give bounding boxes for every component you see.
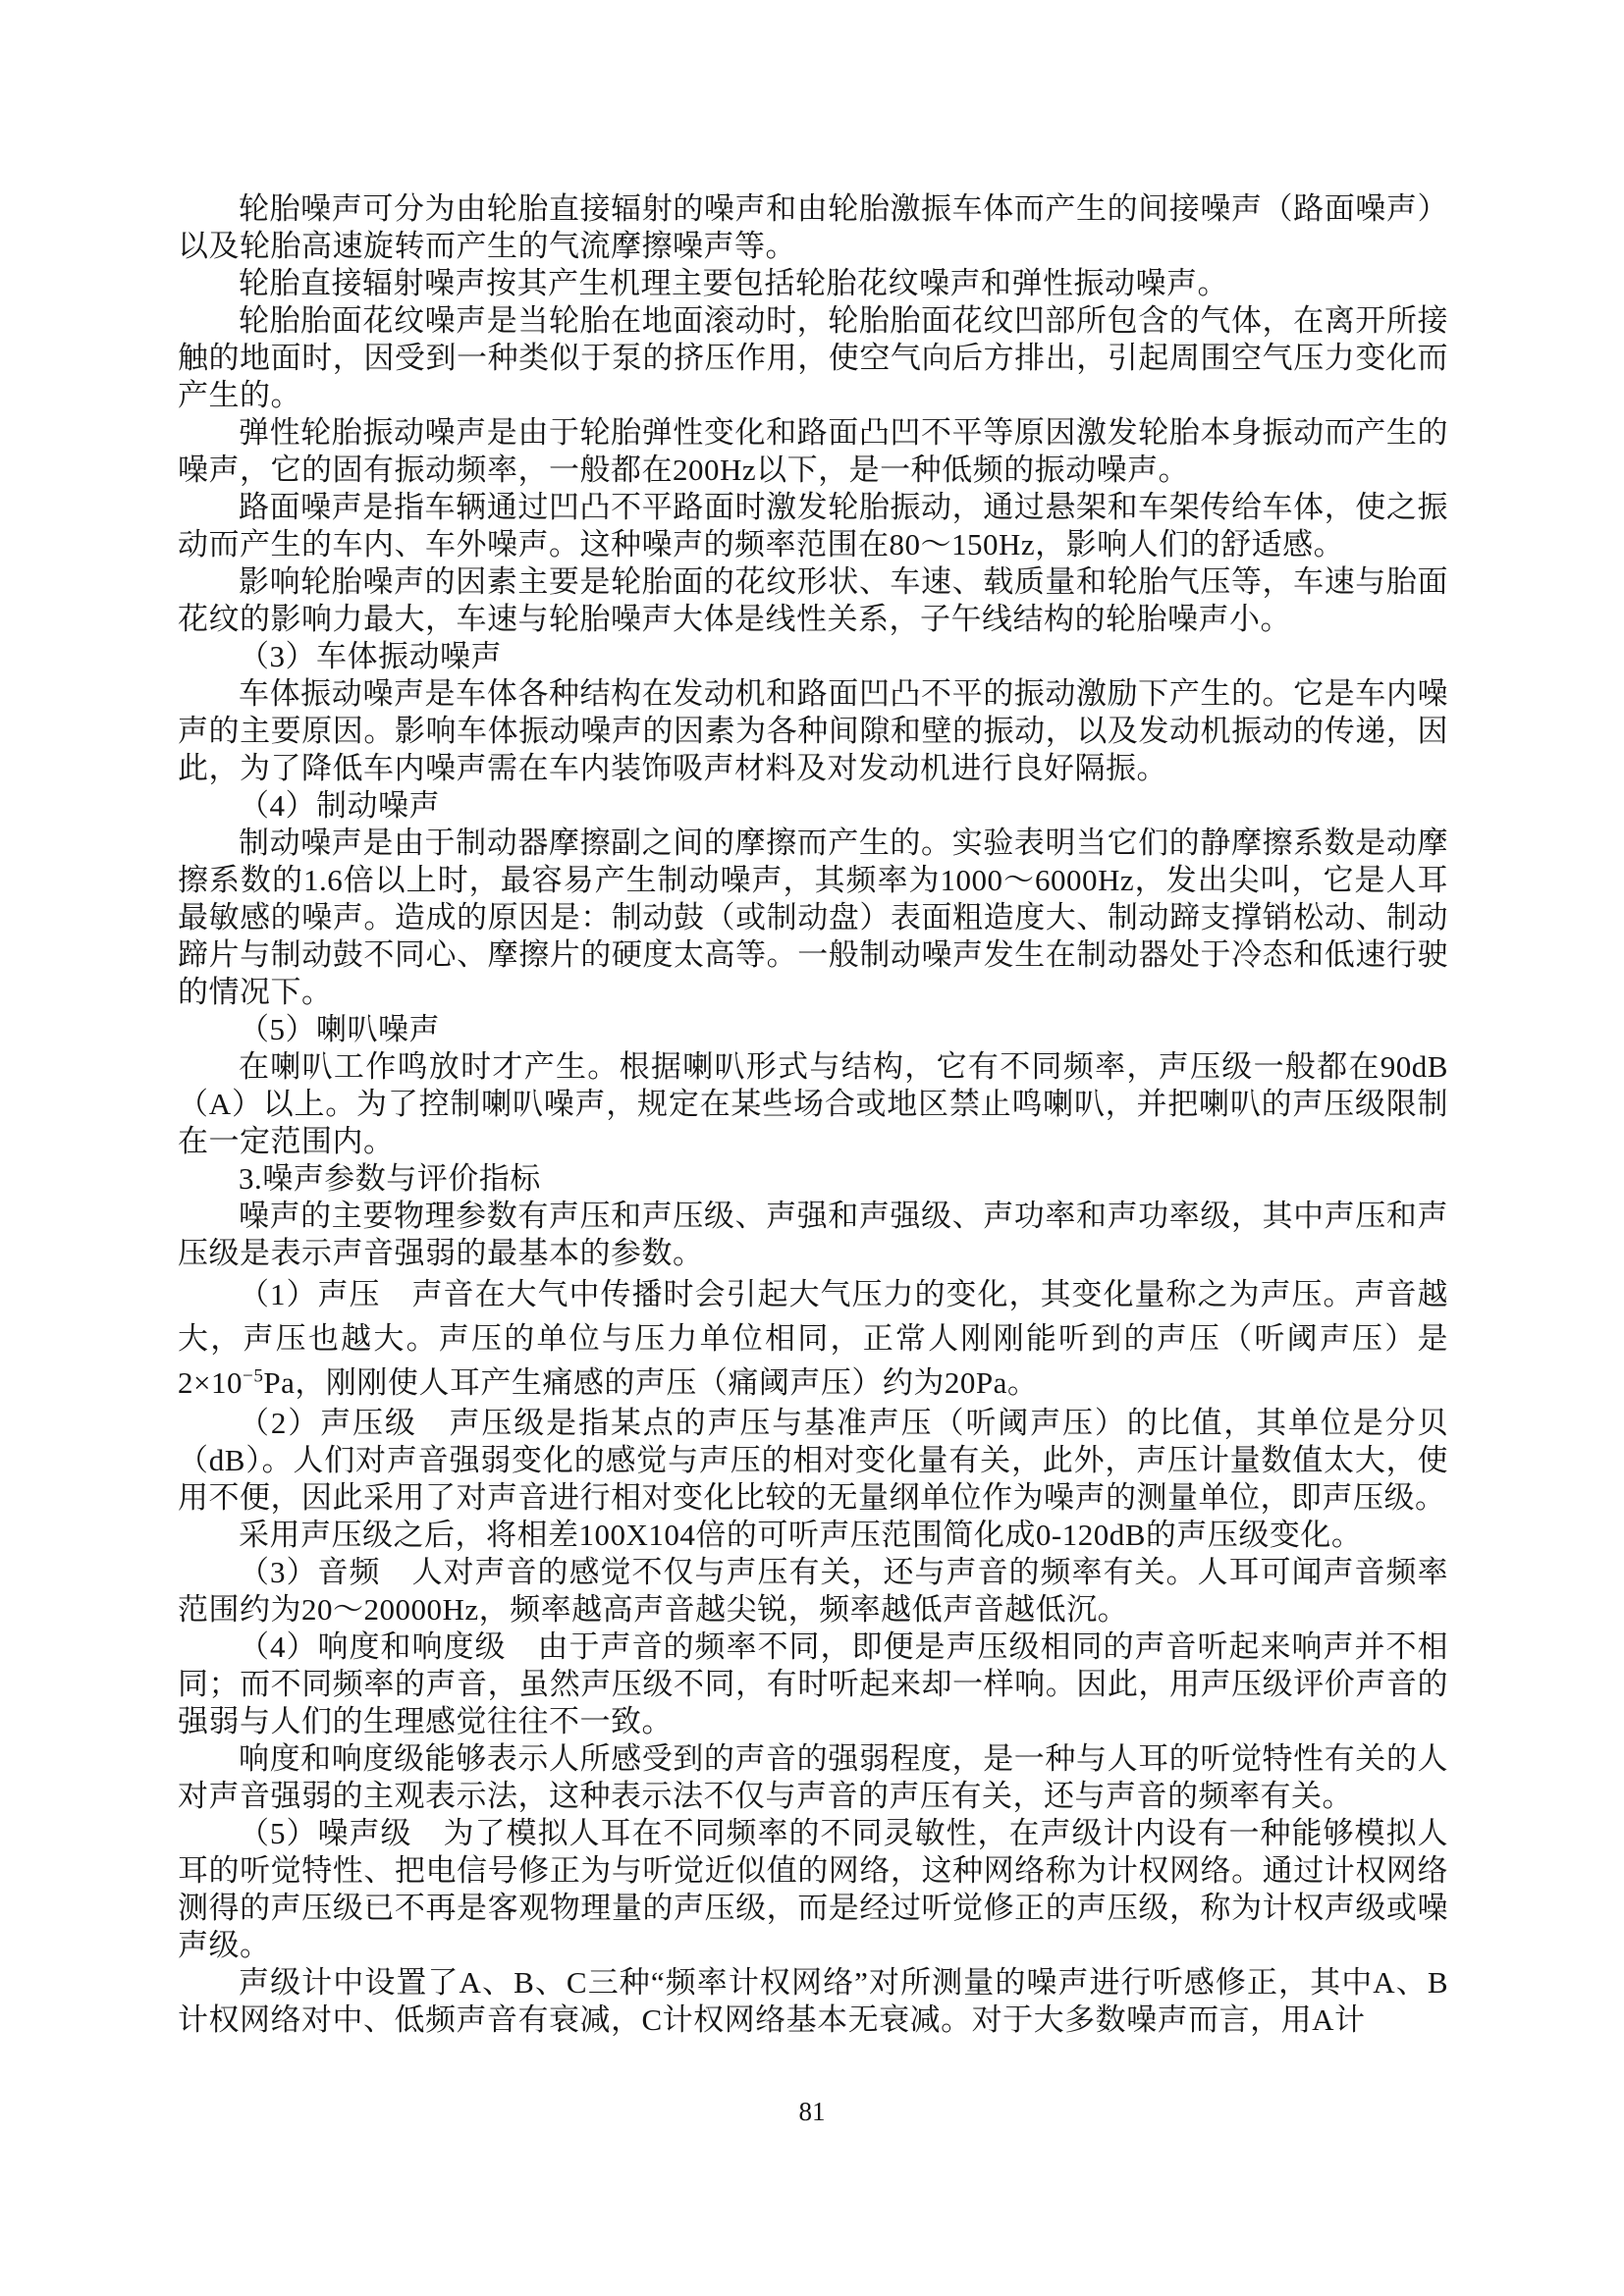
document-page: 轮胎噪声可分为由轮胎直接辐射的噪声和由轮胎激振车体而产生的间接噪声（路面噪声）以… bbox=[0, 0, 1624, 2296]
paragraph: 轮胎噪声可分为由轮胎直接辐射的噪声和由轮胎激振车体而产生的间接噪声（路面噪声）以… bbox=[178, 190, 1448, 265]
page-number: 81 bbox=[0, 2097, 1624, 2127]
superscript: −5 bbox=[243, 1366, 263, 1387]
paragraph: （5）喇叭噪声 bbox=[178, 1011, 1448, 1048]
text-run: Pa，刚刚使人耳产生痛感的声压（痛阈声压）约为20Pa。 bbox=[263, 1365, 1038, 1400]
paragraph: 车体振动噪声是车体各种结构在发动机和路面凹凸不平的振动激励下产生的。它是车内噪声… bbox=[178, 675, 1448, 787]
paragraph: 噪声的主要物理参数有声压和声压级、声强和声强级、声功率和声功率级，其中声压和声压… bbox=[178, 1198, 1448, 1272]
paragraph: （2）声压级 声压级是指某点的声压与基准声压（听阈声压）的比值，其单位是分贝（d… bbox=[178, 1405, 1448, 1517]
paragraph: 路面噪声是指车辆通过凹凸不平路面时激发轮胎振动，通过悬架和车架传给车体，使之振动… bbox=[178, 489, 1448, 563]
document-body: 轮胎噪声可分为由轮胎直接辐射的噪声和由轮胎激振车体而产生的间接噪声（路面噪声）以… bbox=[178, 190, 1448, 2039]
paragraph: 弹性轮胎振动噪声是由于轮胎弹性变化和路面凸凹不平等原因激发轮胎本身振动而产生的噪… bbox=[178, 414, 1448, 489]
paragraph: 轮胎直接辐射噪声按其产生机理主要包括轮胎花纹噪声和弹性振动噪声。 bbox=[178, 265, 1448, 302]
paragraph: 采用声压级之后，将相差100X104倍的可听声压范围简化成0-120dB的声压级… bbox=[178, 1517, 1448, 1554]
paragraph: 3.噪声参数与评价指标 bbox=[178, 1160, 1448, 1198]
paragraph: 制动噪声是由于制动器摩擦副之间的摩擦而产生的。实验表明当它们的静摩擦系数是动摩擦… bbox=[178, 825, 1448, 1011]
paragraph: （4）响度和响度级 由于声音的频率不同，即便是声压级相同的声音听起来响声并不相同… bbox=[178, 1629, 1448, 1740]
paragraph: （3）车体振动噪声 bbox=[178, 638, 1448, 675]
paragraph: （4）制动噪声 bbox=[178, 787, 1448, 825]
paragraph: 轮胎胎面花纹噪声是当轮胎在地面滚动时，轮胎胎面花纹凹部所包含的气体，在离开所接触… bbox=[178, 302, 1448, 414]
paragraph: （5）噪声级 为了模拟人耳在不同频率的不同灵敏性，在声级计内设有一种能够模拟人耳… bbox=[178, 1815, 1448, 1964]
paragraph: （1）声压 声音在大气中传播时会引起大气压力的变化，其变化量称之为声压。声音越大… bbox=[178, 1272, 1448, 1405]
paragraph: 响度和响度级能够表示人所感受到的声音的强弱程度，是一种与人耳的听觉特性有关的人对… bbox=[178, 1740, 1448, 1815]
paragraph: 影响轮胎噪声的因素主要是轮胎面的花纹形状、车速、载质量和轮胎气压等，车速与胎面花… bbox=[178, 563, 1448, 638]
paragraph: 在喇叭工作鸣放时才产生。根据喇叭形式与结构，它有不同频率，声压级一般都在90dB… bbox=[178, 1048, 1448, 1160]
paragraph: 声级计中设置了A、B、C三种“频率计权网络”对所测量的噪声进行听感修正，其中A、… bbox=[178, 1964, 1448, 2039]
paragraph: （3）音频 人对声音的感觉不仅与声压有关，还与声音的频率有关。人耳可闻声音频率范… bbox=[178, 1554, 1448, 1629]
